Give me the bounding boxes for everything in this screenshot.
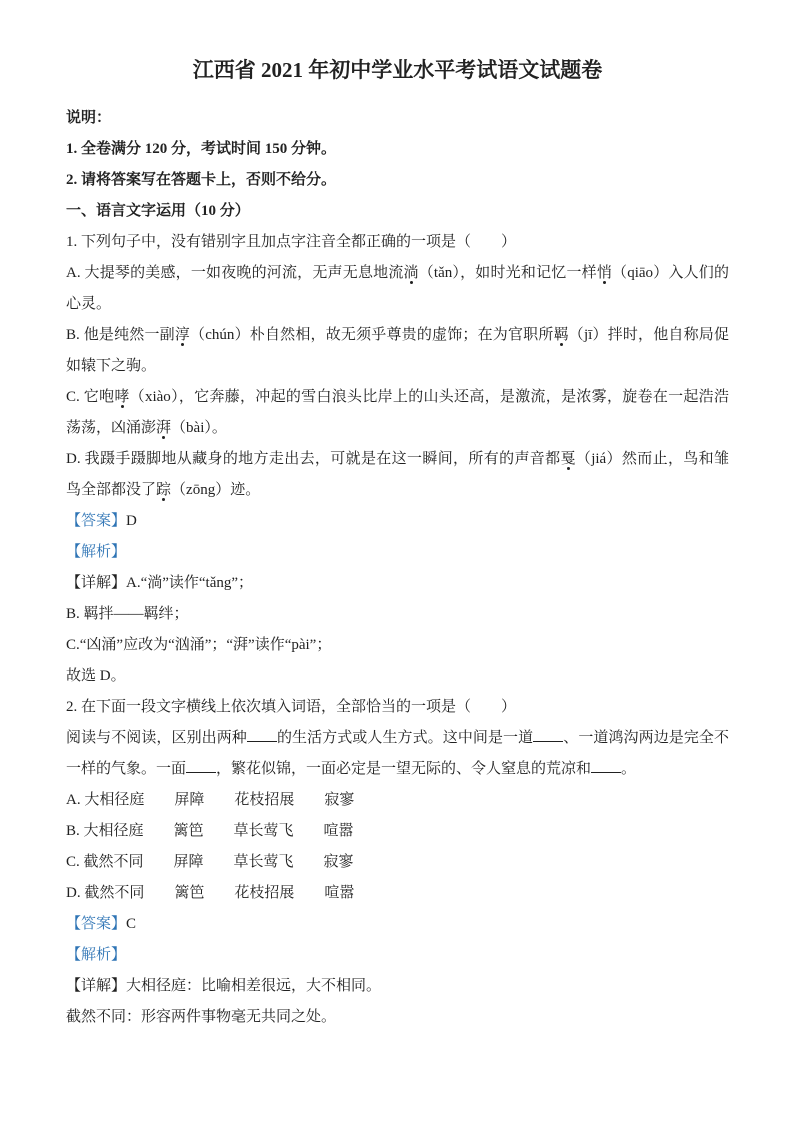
q1-detail-line-3: C.“凶涌”应改为“汹涌”；“湃”读作“pài”； — [66, 630, 729, 661]
q2-answer-line: 【答案】C — [66, 909, 729, 940]
notes-heading: 说明： — [66, 103, 729, 134]
option-text: D. 我蹑手蹑脚地从藏身的地方走出去，可就是在这一瞬间，所有的声音都 — [66, 451, 561, 467]
q1-option-d: D. 我蹑手蹑脚地从藏身的地方走出去，可就是在这一瞬间，所有的声音都戛（jiá）… — [66, 444, 729, 506]
q1-detail-line-4: 故选 D。 — [66, 661, 729, 692]
q1-answer-line: 【答案】D — [66, 506, 729, 537]
q2-option-b: B. 大相径庭 篱笆 草长莺飞 喧嚣 — [66, 816, 729, 847]
note-item-2: 2. 请将答案写在答题卡上，否则不给分。 — [66, 165, 729, 196]
analysis-label: 【解析】 — [66, 544, 126, 560]
emphasis-char: 哮 — [114, 389, 129, 405]
emphasis-char: 悄 — [597, 265, 612, 281]
option-text: （tǎn），如时光和记忆一样 — [419, 265, 597, 281]
option-text: B. 他是纯然一副 — [66, 327, 175, 343]
q1-analysis-line: 【解析】 — [66, 537, 729, 568]
q2-option-a: A. 大相径庭 屏障 花枝招展 寂寥 — [66, 785, 729, 816]
q1-stem: 1. 下列句子中，没有错别字且加点字注音全都正确的一项是（ ） — [66, 227, 729, 258]
answer-label: 【答案】 — [66, 513, 126, 529]
emphasis-char: 羁 — [554, 327, 569, 343]
emphasis-char: 淌 — [404, 265, 419, 281]
passage-text: 阅读与不阅读，区别出两种 — [66, 730, 247, 746]
section-heading: 一、语言文字运用（10 分） — [66, 196, 729, 227]
q2-option-d: D. 截然不同 篱笆 花枝招展 喧嚣 — [66, 878, 729, 909]
passage-text: ，繁花似锦，一面必定是一望无际的、令人窒息的荒凉和 — [216, 761, 591, 777]
q1-option-a: A. 大提琴的美感，一如夜晚的河流，无声无息地流淌（tǎn），如时光和记忆一样悄… — [66, 258, 729, 320]
passage-text: 的生活方式或人生方式。这中间是一道 — [277, 730, 533, 746]
passage-text: 。 — [621, 761, 636, 777]
q2-detail-line-2: 截然不同：形容两件事物毫无共同之处。 — [66, 1002, 729, 1033]
answer-value: C — [126, 916, 136, 932]
q2-option-c: C. 截然不同 屏障 草长莺飞 寂寥 — [66, 847, 729, 878]
option-text: （bài）。 — [171, 420, 227, 436]
answer-value: D — [126, 513, 137, 529]
answer-label: 【答案】 — [66, 916, 126, 932]
q2-passage: 阅读与不阅读，区别出两种的生活方式或人生方式。这中间是一道、一道鸿沟两边是完全不… — [66, 723, 729, 785]
blank-underline — [533, 727, 563, 742]
emphasis-char: 湃 — [156, 420, 171, 436]
q2-analysis-line: 【解析】 — [66, 940, 729, 971]
option-text: （chún）朴自然相，故无须乎尊贵的虚饰；在为官职所 — [190, 327, 554, 343]
q1-option-b: B. 他是纯然一副淳（chún）朴自然相，故无须乎尊贵的虚饰；在为官职所羁（jī… — [66, 320, 729, 382]
passage-text: 的气象。一面 — [96, 761, 186, 777]
analysis-label: 【解析】 — [66, 947, 126, 963]
q2-detail-line-1: 【详解】大相径庭：比喻相差很远，大不相同。 — [66, 971, 729, 1002]
q1-option-c: C. 它咆哮（xiào），它奔藤，冲起的雪白浪头比岸上的山头还高，是激流，是浓雾… — [66, 382, 729, 444]
option-text: A. 大提琴的美感，一如夜晚的河流，无声无息地流 — [66, 265, 404, 281]
emphasis-char: 淳 — [175, 327, 190, 343]
emphasis-char: 踪 — [156, 482, 171, 498]
page-title: 江西省 2021 年初中学业水平考试语文试题卷 — [66, 54, 729, 86]
emphasis-char: 戛 — [561, 451, 576, 467]
q2-stem: 2. 在下面一段文字横线上依次填入词语，全部恰当的一项是（ ） — [66, 692, 729, 723]
option-text: （zōng）迹。 — [171, 482, 260, 498]
blank-underline — [247, 727, 277, 742]
option-text: C. 它咆 — [66, 389, 114, 405]
blank-underline — [591, 758, 621, 773]
q1-detail-line-1: 【详解】A.“淌”读作“tǎng”； — [66, 568, 729, 599]
blank-underline — [186, 758, 216, 773]
note-item-1: 1. 全卷满分 120 分，考试时间 150 分钟。 — [66, 134, 729, 165]
q1-detail-line-2: B. 羁拌——羁绊； — [66, 599, 729, 630]
exam-page: 江西省 2021 年初中学业水平考试语文试题卷 说明： 1. 全卷满分 120 … — [0, 0, 793, 1033]
